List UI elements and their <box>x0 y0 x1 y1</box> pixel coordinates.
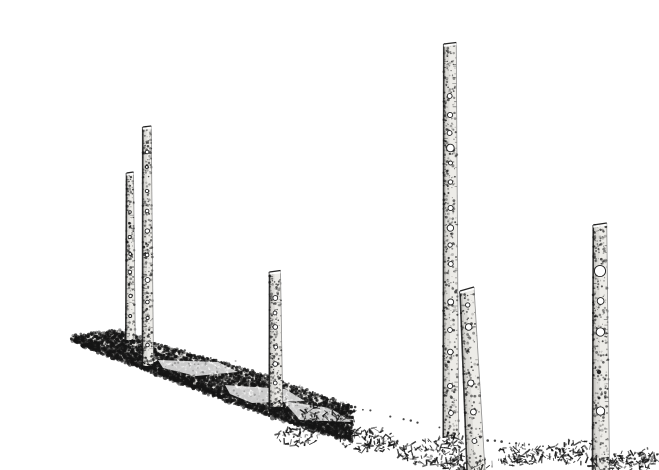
pole-hole <box>449 161 453 165</box>
pole-hole <box>448 205 453 210</box>
pole-hole <box>145 150 149 154</box>
pole-hole <box>145 278 150 283</box>
pole-3 <box>268 271 283 409</box>
pole-hole <box>273 381 277 385</box>
pole-hole <box>274 345 278 349</box>
pole-hole <box>273 362 278 367</box>
pole-hole-dark <box>598 397 601 400</box>
pole-hole <box>447 94 452 99</box>
pole-hole <box>273 296 278 301</box>
pole-6 <box>591 223 610 470</box>
pole-hole <box>472 439 477 444</box>
pole-hole <box>129 211 132 214</box>
pole-hole <box>448 383 453 388</box>
pole-2 <box>141 126 154 367</box>
sketch-canvas <box>0 0 659 470</box>
pole-hole <box>448 328 453 333</box>
pole-hole <box>273 325 278 330</box>
pole-hole-dark <box>597 370 601 374</box>
pole-hole <box>146 316 149 319</box>
sketch-page <box>0 0 659 470</box>
pole-1 <box>125 172 137 341</box>
pole-hole <box>448 262 453 267</box>
pole-5 <box>459 287 485 470</box>
pole-hole <box>146 343 150 347</box>
pole-hole <box>447 131 452 136</box>
pole-hole <box>146 300 150 304</box>
pole-hole <box>448 243 452 247</box>
pole-hole <box>466 303 470 307</box>
pole-hole <box>448 180 452 184</box>
pole-hole <box>273 311 277 315</box>
pole-hole <box>145 229 149 233</box>
pole-hole <box>145 209 149 213</box>
pole-hole <box>129 253 132 256</box>
pole-4 <box>442 43 460 439</box>
pole-hole <box>468 380 474 386</box>
pole-hole <box>145 253 149 257</box>
pole-hole <box>129 315 132 318</box>
pole-hole <box>448 299 454 305</box>
pole-hole <box>129 294 132 297</box>
pole-hole <box>471 409 477 415</box>
pole-hole <box>448 112 453 117</box>
pole-hole <box>597 298 604 305</box>
pole-hole <box>447 225 453 231</box>
pole-hole <box>596 407 604 415</box>
pole-hole <box>145 166 148 169</box>
pole-hole <box>128 235 131 238</box>
pole-hole <box>594 265 605 276</box>
pole-hole <box>447 144 455 152</box>
pole-hole <box>448 349 454 355</box>
pole-hole <box>465 324 472 331</box>
pole-hole <box>596 328 604 336</box>
gravel-strip <box>70 328 354 442</box>
pole-hole <box>145 189 148 192</box>
pole-hole <box>128 270 132 274</box>
pole-hole <box>449 411 454 416</box>
light-patches <box>158 360 352 423</box>
